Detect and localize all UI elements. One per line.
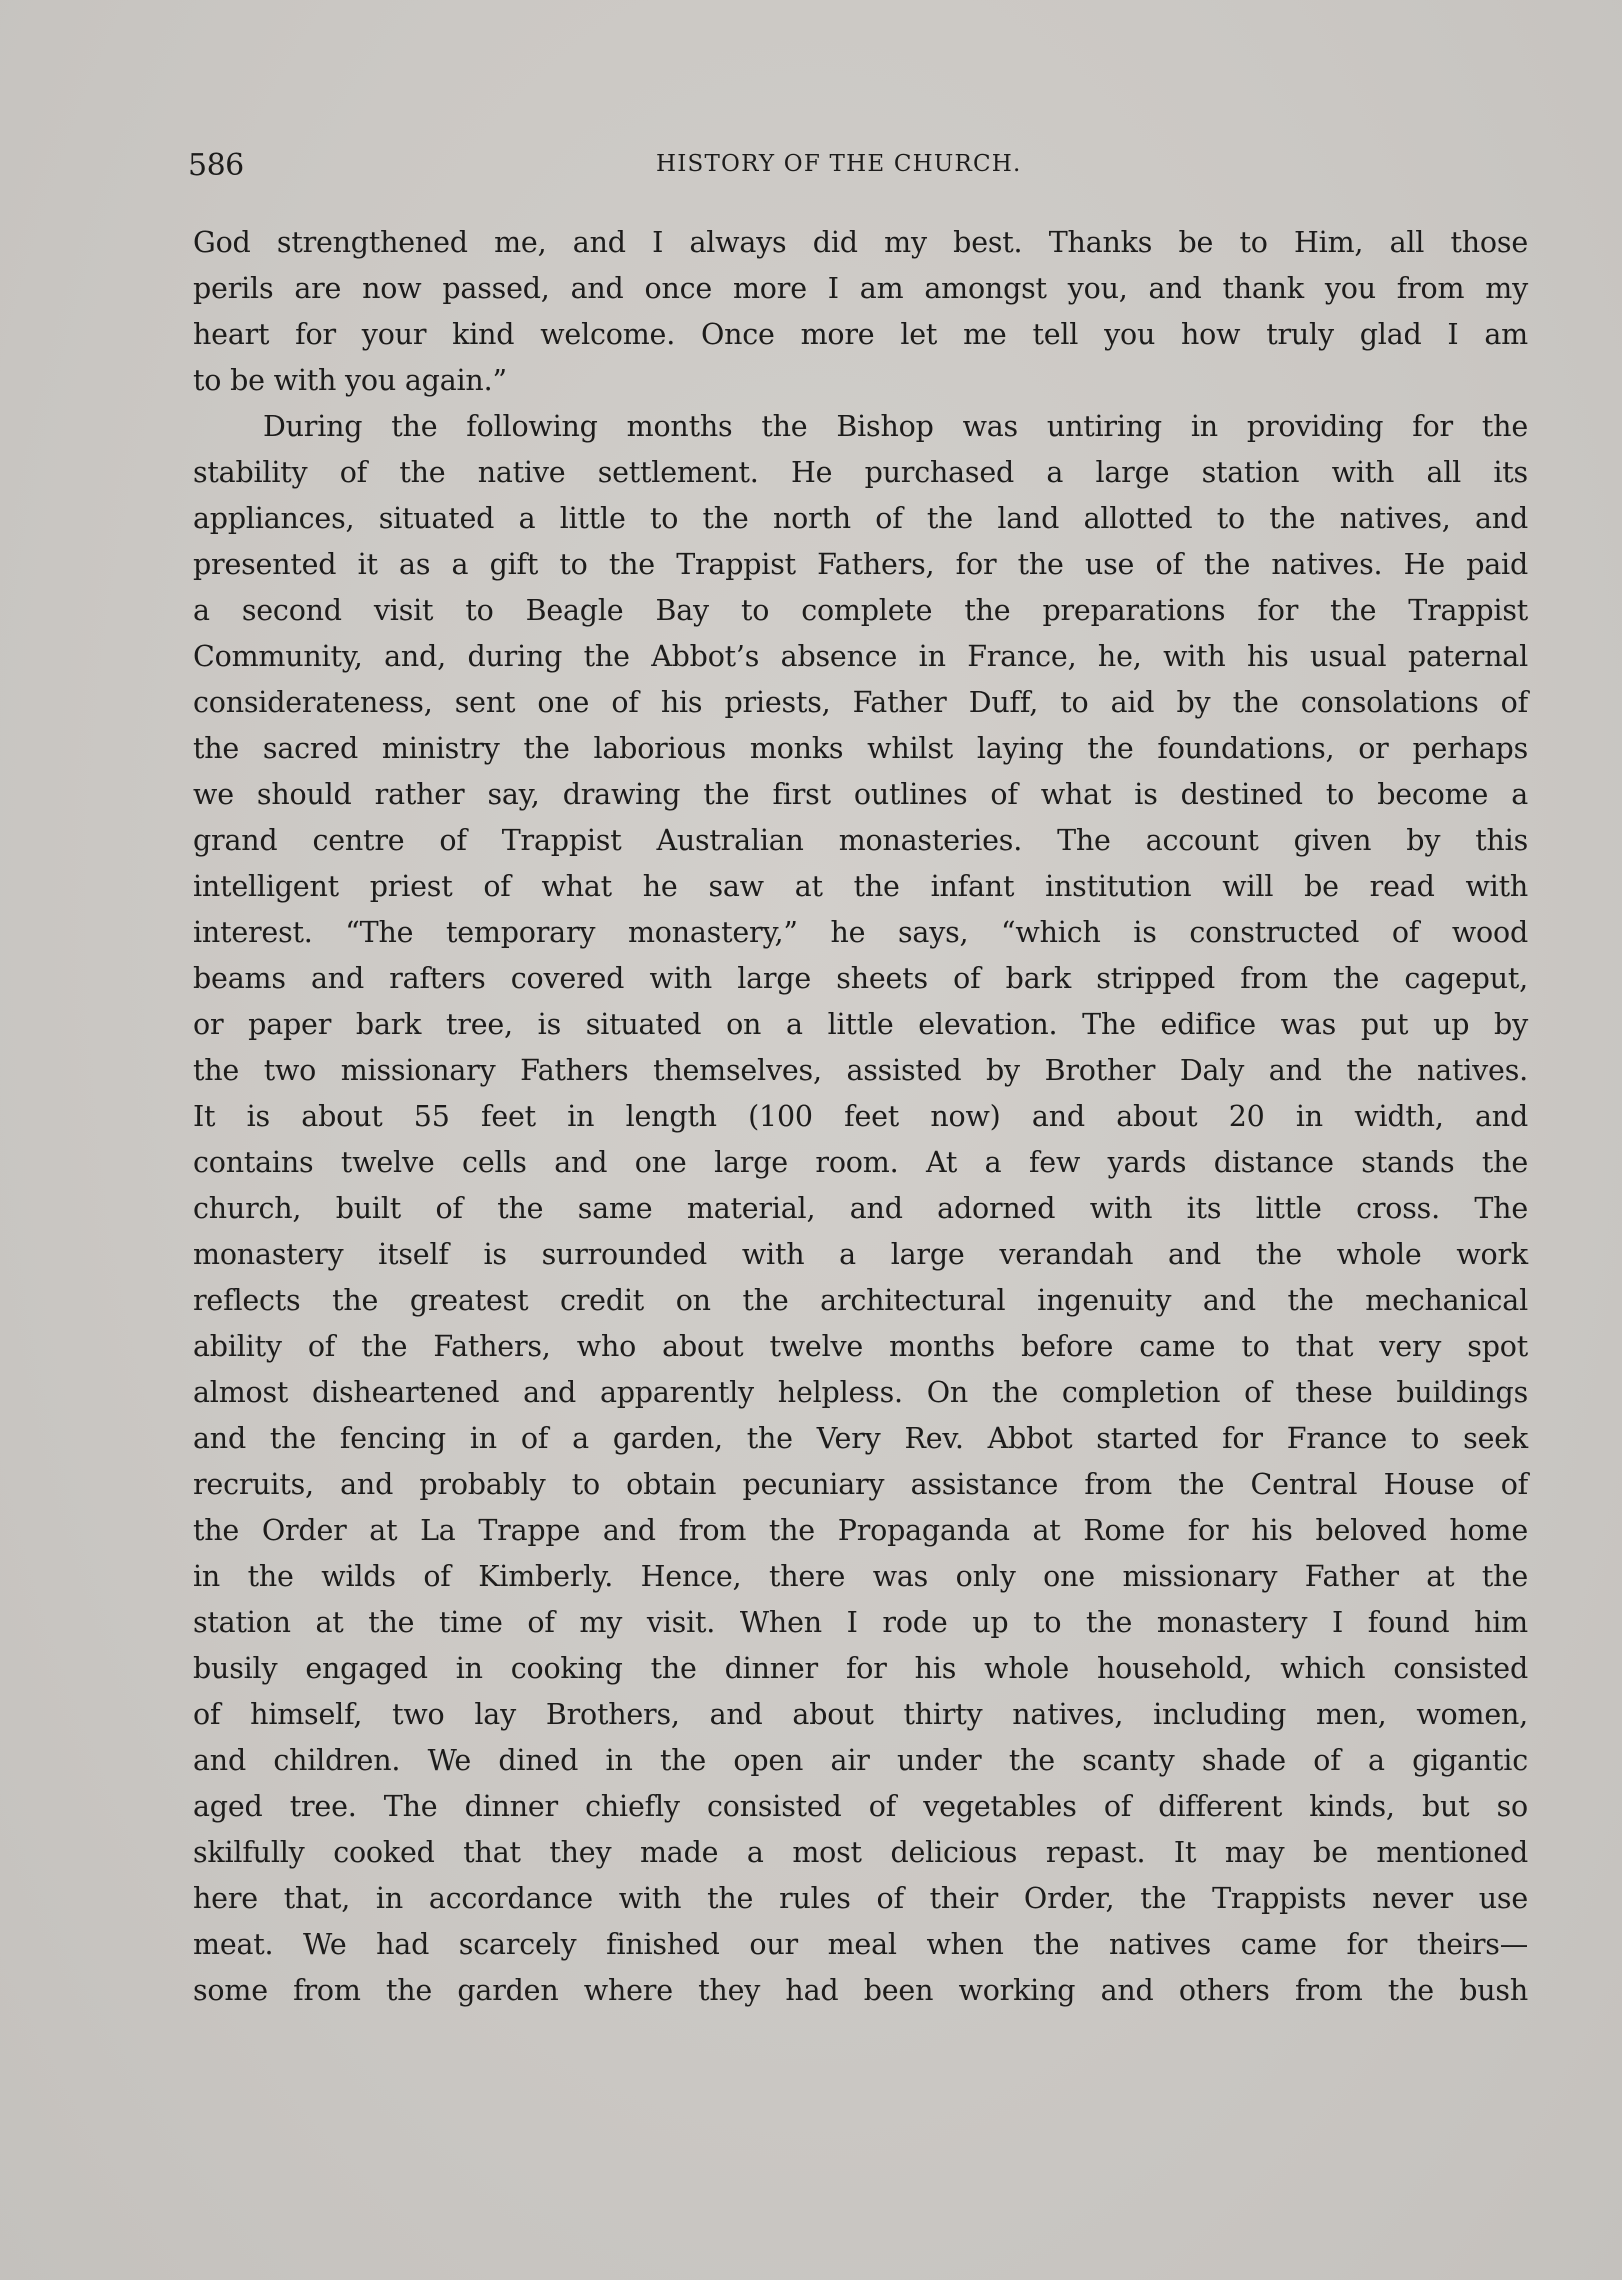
text-line: perils are now passed, and once more I a… (193, 266, 1528, 312)
text-line: the sacred ministry the laborious monks … (193, 726, 1528, 772)
text-line: intelligent priest of what he saw at the… (193, 864, 1528, 910)
text-line: heart for your kind welcome. Once more l… (193, 312, 1528, 358)
text-line: in the wilds of Kimberly. Hence, there w… (193, 1554, 1528, 1600)
text-line: a second visit to Beagle Bay to complete… (193, 588, 1528, 634)
text-line: skilfully cooked that they made a most d… (193, 1830, 1528, 1876)
text-line: appliances, situated a little to the nor… (193, 496, 1528, 542)
text-line: It is about 55 feet in length (100 feet … (193, 1094, 1528, 1140)
running-head: 586 HISTORY OF THE CHURCH. (188, 148, 1528, 188)
text-line: some from the garden where they had been… (193, 1968, 1528, 2014)
text-line: contains twelve cells and one large room… (193, 1140, 1528, 1186)
text-line: we should rather say, drawing the first … (193, 772, 1528, 818)
paragraph: God strengthened me, and I always did my… (193, 220, 1528, 404)
text-line: the Order at La Trappe and from the Prop… (193, 1508, 1528, 1554)
text-line: to be with you again.” (193, 358, 1528, 404)
text-line: or paper bark tree, is situated on a lit… (193, 1002, 1528, 1048)
text-line: busily engaged in cooking the dinner for… (193, 1646, 1528, 1692)
book-page: 586 HISTORY OF THE CHURCH. God strengthe… (0, 0, 1622, 2280)
paragraph: During the following months the Bishop w… (193, 404, 1528, 2014)
text-line: and children. We dined in the open air u… (193, 1738, 1528, 1784)
text-line: ability of the Fathers, who about twelve… (193, 1324, 1528, 1370)
text-line: meat. We had scarcely finished our meal … (193, 1922, 1528, 1968)
text-line: Community, and, during the Abbot’s absen… (193, 634, 1528, 680)
text-line: monastery itself is surrounded with a la… (193, 1232, 1528, 1278)
text-line: During the following months the Bishop w… (193, 404, 1528, 450)
body-text: God strengthened me, and I always did my… (193, 220, 1528, 2014)
text-line: God strengthened me, and I always did my… (193, 220, 1528, 266)
text-line: the two missionary Fathers themselves, a… (193, 1048, 1528, 1094)
text-line: interest. “The temporary monastery,” he … (193, 910, 1528, 956)
text-line: beams and rafters covered with large she… (193, 956, 1528, 1002)
text-line: here that, in accordance with the rules … (193, 1876, 1528, 1922)
running-title: HISTORY OF THE CHURCH. (656, 151, 1022, 177)
page-number: 586 (188, 148, 244, 183)
text-line: almost disheartened and apparently helpl… (193, 1370, 1528, 1416)
text-line: aged tree. The dinner chiefly consisted … (193, 1784, 1528, 1830)
text-line: presented it as a gift to the Trappist F… (193, 542, 1528, 588)
text-line: recruits, and probably to obtain pecunia… (193, 1462, 1528, 1508)
text-line: station at the time of my visit. When I … (193, 1600, 1528, 1646)
text-line: reflects the greatest credit on the arch… (193, 1278, 1528, 1324)
text-line: grand centre of Trappist Australian mona… (193, 818, 1528, 864)
text-line: of himself, two lay Brothers, and about … (193, 1692, 1528, 1738)
text-line: and the fencing in of a garden, the Very… (193, 1416, 1528, 1462)
text-line: stability of the native settlement. He p… (193, 450, 1528, 496)
text-line: church, built of the same material, and … (193, 1186, 1528, 1232)
text-line: considerateness, sent one of his priests… (193, 680, 1528, 726)
